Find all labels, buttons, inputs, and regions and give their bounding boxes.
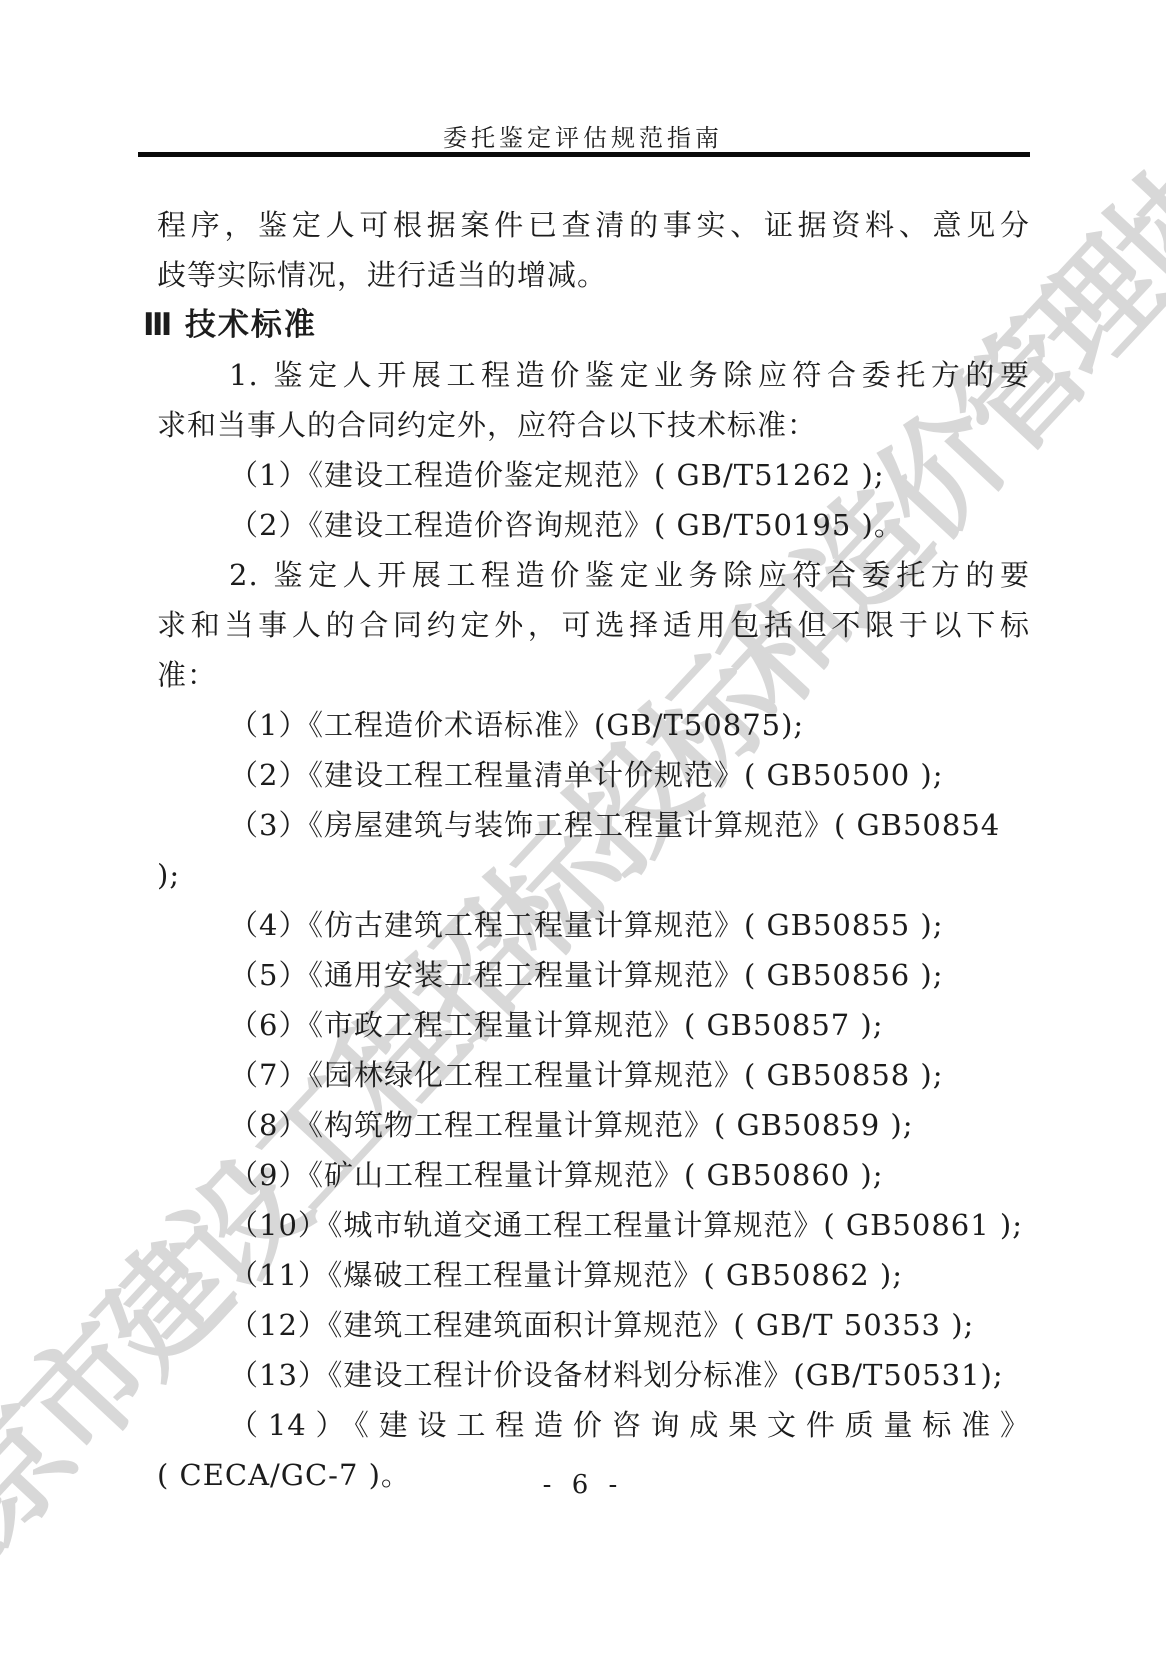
- page-number: - 6 -: [0, 1460, 1166, 1510]
- body-line-intro-2: 歧等实际情况，进行适当的增减。: [157, 250, 1030, 300]
- standard-item: （10）《城市轨道交通工程工程量计算规范》( GB50861 );: [157, 1200, 1030, 1250]
- standard-item: （1）《建设工程造价鉴定规范》( GB/T51262 );: [157, 450, 1030, 500]
- standard-item: （8）《构筑物工程工程量计算规范》( GB50859 );: [157, 1100, 1030, 1150]
- para2-line-2: 求和当事人的合同约定外，可选择适用包括但不限于以下标: [157, 600, 1030, 650]
- document-body: 程序，鉴定人可根据案件已查清的事实、证据资料、意见分 歧等实际情况，进行适当的增…: [157, 200, 1030, 1500]
- section-heading: Ⅲ 技术标准: [143, 300, 1030, 350]
- standard-item: （13）《建设工程计价设备材料划分标准》(GB/T50531);: [157, 1350, 1030, 1400]
- standard-item: （2）《建设工程工程量清单计价规范》( GB50500 );: [157, 750, 1030, 800]
- standard-item: （12）《建筑工程建筑面积计算规范》( GB/T 50353 );: [157, 1300, 1030, 1350]
- standard-item: （1）《工程造价术语标准》(GB/T50875);: [157, 700, 1030, 750]
- para1-line-1: 1. 鉴定人开展工程造价鉴定业务除应符合委托方的要: [157, 350, 1030, 400]
- standard-item: （2）《建设工程造价咨询规范》( GB/T50195 )。: [157, 500, 1030, 550]
- standard-item: （7）《园林绿化工程工程量计算规范》( GB50858 );: [157, 1050, 1030, 1100]
- standard-item: （9）《矿山工程工程量计算规范》( GB50860 );: [157, 1150, 1030, 1200]
- standard-item: （5）《通用安装工程工程量计算规范》( GB50856 );: [157, 950, 1030, 1000]
- standard-item: （6）《市政工程工程量计算规范》( GB50857 );: [157, 1000, 1030, 1050]
- page-header-title: 委托鉴定评估规范指南: [0, 118, 1166, 153]
- document-page: 北京市建设工程招标投标和造价管理协会 委托鉴定评估规范指南 程序，鉴定人可根据案…: [0, 0, 1166, 1654]
- standard-item: （3）《房屋建筑与装饰工程工程量计算规范》( GB50854 );: [157, 800, 1030, 900]
- header-rule: [138, 152, 1030, 157]
- para2-line-3: 准：: [157, 650, 1030, 700]
- standard-item: （4）《仿古建筑工程工程量计算规范》( GB50855 );: [157, 900, 1030, 950]
- body-line-intro-1: 程序，鉴定人可根据案件已查清的事实、证据资料、意见分: [157, 200, 1030, 250]
- standard-item: （14）《建设工程造价咨询成果文件质量标准》: [157, 1400, 1030, 1450]
- para1-line-2: 求和当事人的合同约定外，应符合以下技术标准：: [157, 400, 1030, 450]
- standard-item: （11）《爆破工程工程量计算规范》( GB50862 );: [157, 1250, 1030, 1300]
- para2-line-1: 2. 鉴定人开展工程造价鉴定业务除应符合委托方的要: [157, 550, 1030, 600]
